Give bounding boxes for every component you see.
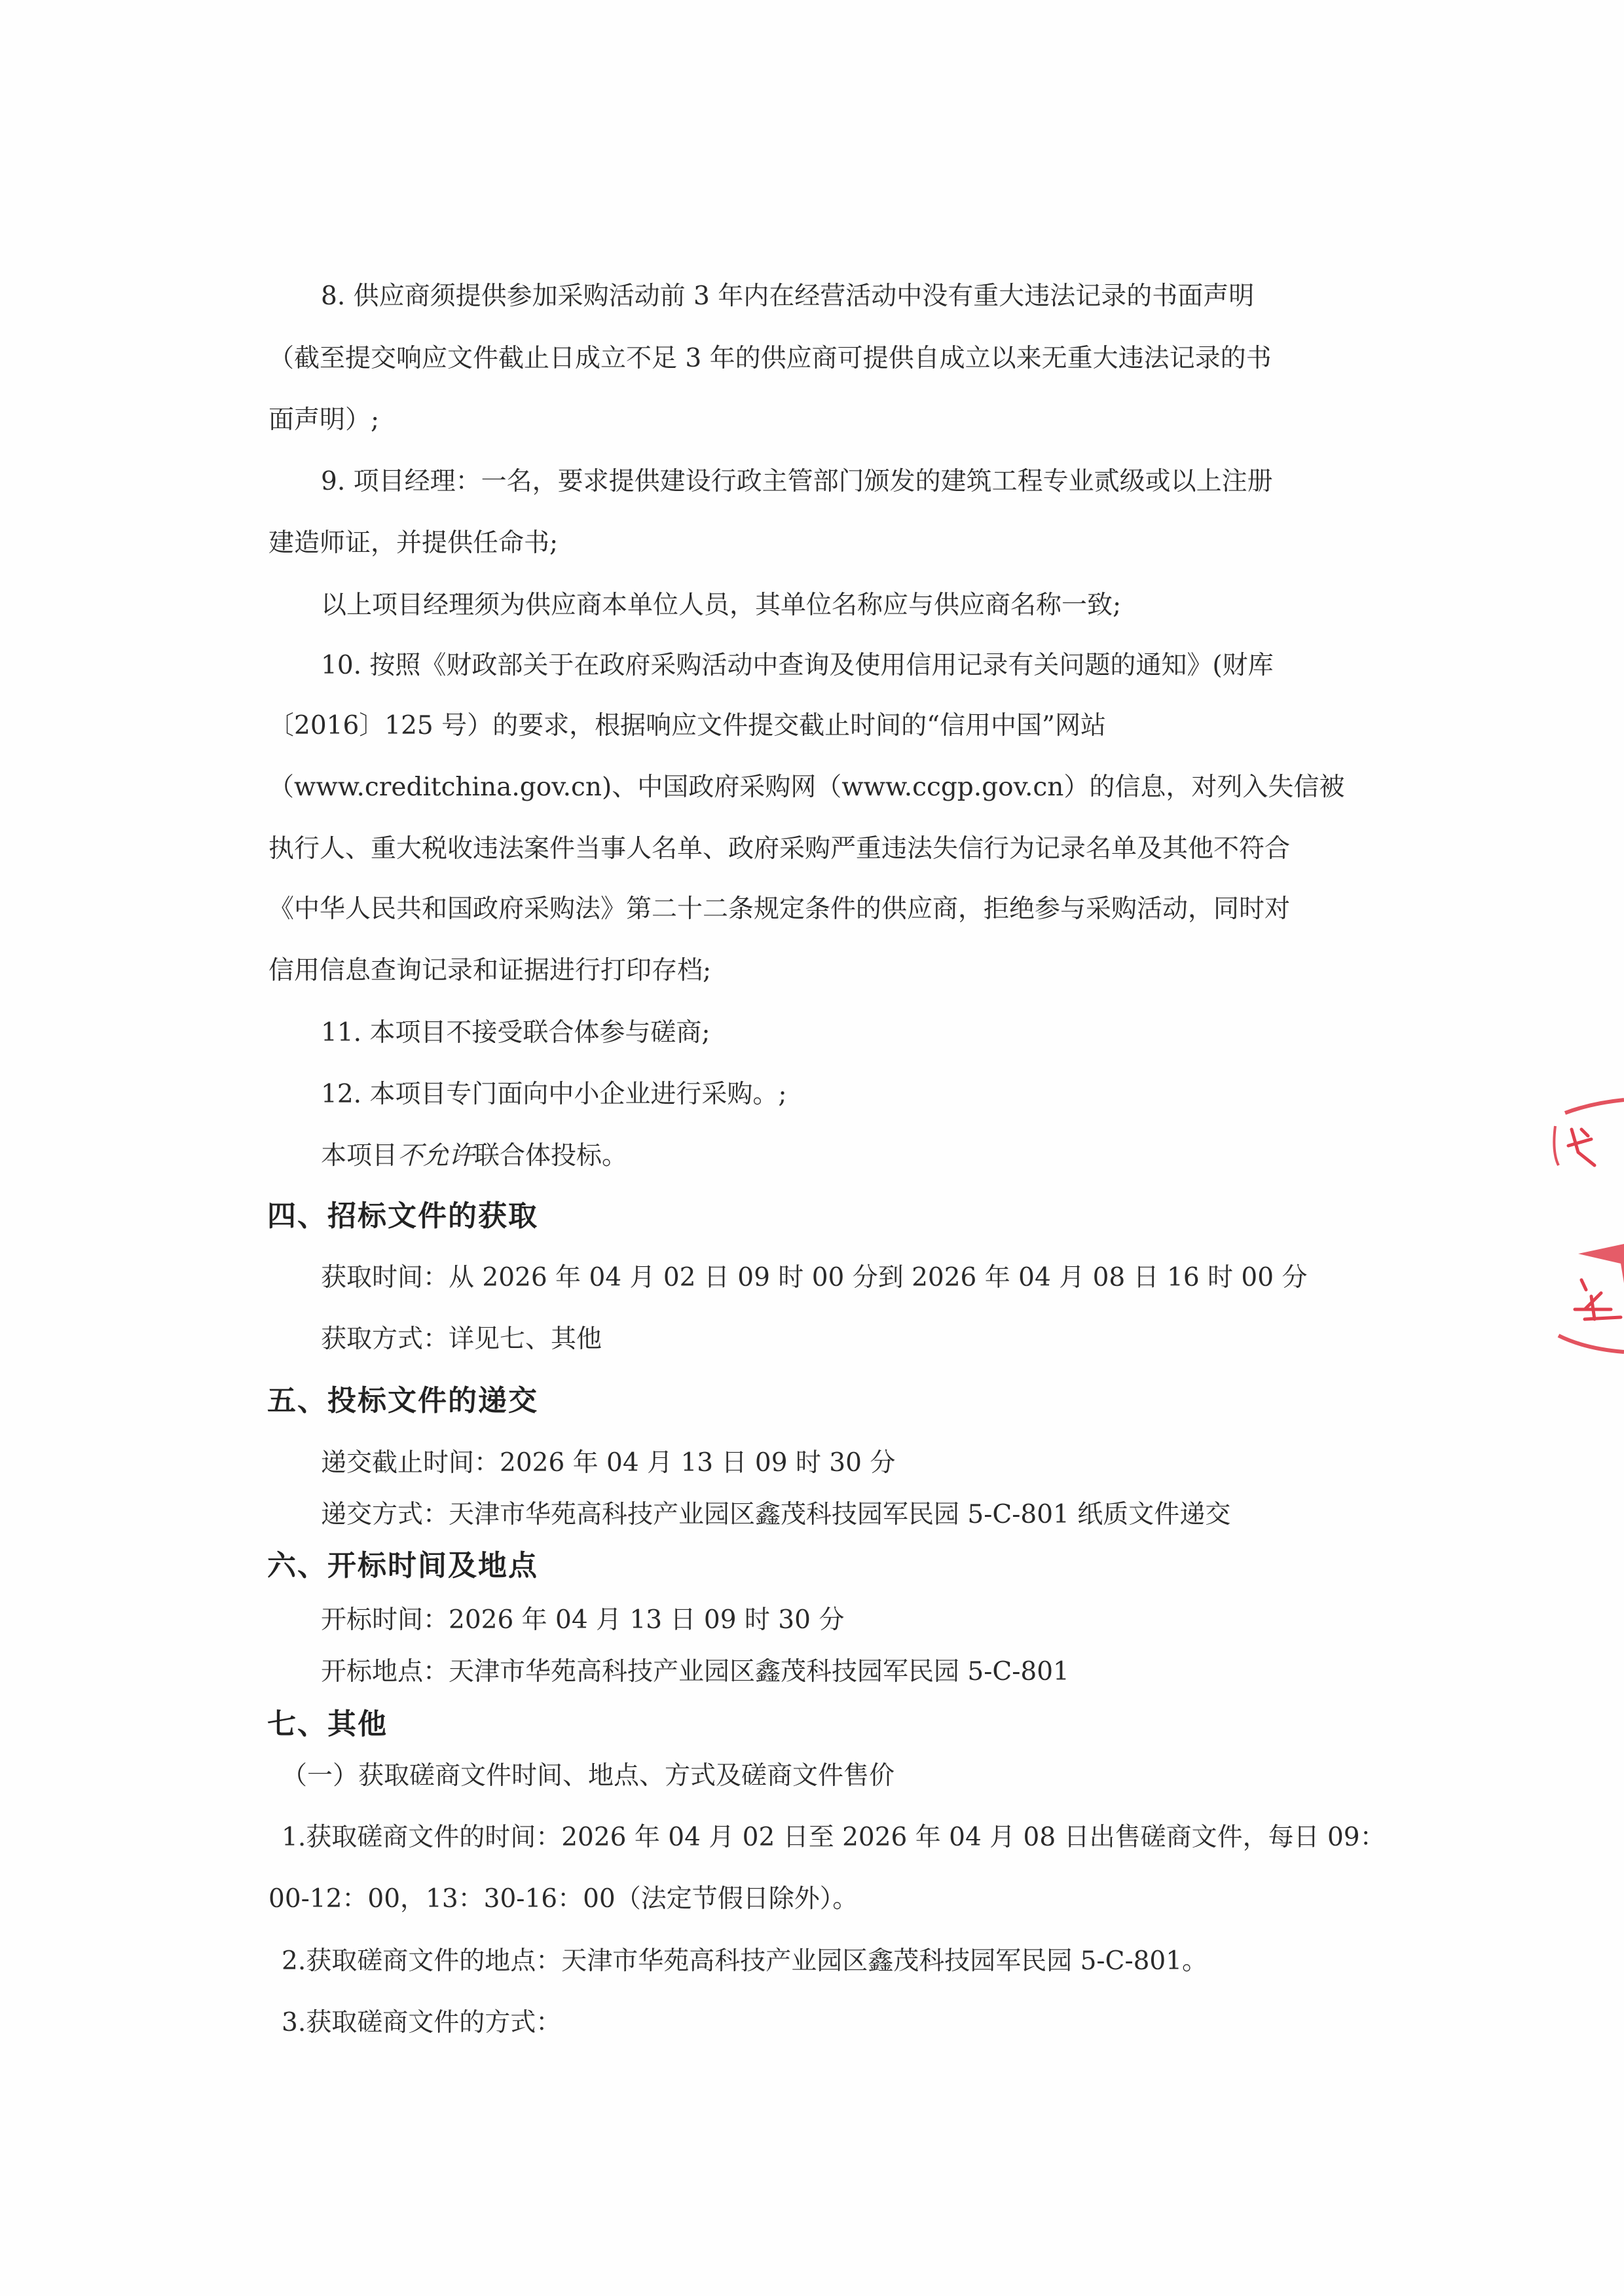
section-4-time: 获取时间：从 2026 年 04 月 02 日 09 时 00 分到 2026 … — [321, 1262, 1307, 1294]
item-9-line-3: 以上项目经理须为供应商本单位人员，其单位名称应与供应商名称一致; — [321, 589, 1121, 622]
consortium-statement: 本项目不允许联合体投标。 — [321, 1140, 627, 1173]
item-8-line-1: 8. 供应商须提供参加采购活动前 3 年内在经营活动中没有重大违法记录的书面声明 — [321, 280, 1254, 313]
item-11: 11. 本项目不接受联合体参与磋商; — [321, 1017, 710, 1049]
section-7-p2: 2.获取磋商文件的地点：天津市华苑高科技产业园区鑫茂科技园军民园 5-C-801… — [282, 1945, 1208, 1978]
item-8-line-3: 面声明）; — [268, 404, 379, 437]
official-seal-stamp — [1552, 1074, 1624, 1381]
item-10-line-1: 10. 按照《财政部关于在政府采购活动中查询及使用信用记录有关问题的通知》(财库 — [321, 649, 1274, 682]
item-10-line-2: 〔2016〕125 号）的要求，根据响应文件提交截止时间的“信用中国”网站 — [268, 710, 1106, 742]
section-7-p1-line-2: 00-12：00，13：30-16：00（法定节假日除外）。 — [268, 1883, 858, 1916]
consortium-emphasis: 不允许 — [397, 1141, 474, 1171]
item-10-line-6: 信用信息查询记录和证据进行打印存档; — [268, 955, 711, 987]
seal-ring-bottom — [1559, 1336, 1624, 1352]
seal-char-tian — [1575, 1280, 1621, 1319]
section-7-subheading: （一）获取磋商文件时间、地点、方式及磋商文件售价 — [282, 1760, 895, 1793]
item-12: 12. 本项目专门面向中小企业进行采购。; — [321, 1078, 787, 1111]
item-9-line-1: 9. 项目经理：一名，要求提供建设行政主管部门颁发的建筑工程专业贰级或以上注册 — [321, 465, 1273, 498]
section-7-heading: 七、其他 — [267, 1706, 388, 1743]
item-8-line-2: （截至提交响应文件截止日成立不足 3 年的供应商可提供自成立以来无重大违法记录的… — [268, 342, 1272, 375]
item-10-line-3: （www.creditchina.gov.cn)、中国政府采购网（www.ccg… — [268, 771, 1344, 804]
section-7-p1-line-1: 1.获取磋商文件的时间：2026 年 04 月 02 日至 2026 年 04 … — [282, 1821, 1386, 1854]
document-page: 8. 供应商须提供参加采购活动前 3 年内在经营活动中没有重大违法记录的书面声明… — [0, 0, 1624, 2296]
section-5-deadline: 递交截止时间：2026 年 04 月 13 日 09 时 30 分 — [321, 1447, 895, 1480]
seal-star-icon — [1578, 1208, 1624, 1283]
section-5-method: 递交方式：天津市华苑高科技产业园区鑫茂科技园军民园 5-C-801 纸质文件递交 — [321, 1499, 1230, 1531]
section-4-method: 获取方式：详见七、其他 — [321, 1323, 602, 1356]
seal-ring-top — [1565, 1100, 1624, 1113]
item-10-line-5: 《中华人民共和国政府采购法》第二十二条规定条件的供应商，拒绝参与采购活动，同时对 — [268, 893, 1290, 926]
section-4-heading: 四、招标文件的获取 — [267, 1198, 538, 1235]
item-9-line-2: 建造师证，并提供任命书; — [268, 527, 558, 560]
item-10-line-4: 执行人、重大税收违法案件当事人名单、政府采购严重违法失信行为记录名单及其他不符合 — [268, 833, 1290, 866]
consortium-prefix: 本项目 — [321, 1141, 397, 1171]
section-7-p3: 3.获取磋商文件的方式： — [282, 2007, 561, 2039]
section-6-heading: 六、开标时间及地点 — [267, 1548, 538, 1584]
section-5-heading: 五、投标文件的递交 — [267, 1383, 538, 1419]
section-6-place: 开标地点：天津市华苑高科技产业园区鑫茂科技园军民园 5-C-801 — [321, 1656, 1069, 1688]
section-6-time: 开标时间：2026 年 04 月 13 日 09 时 30 分 — [321, 1604, 844, 1637]
seal-char-min — [1568, 1129, 1595, 1165]
consortium-suffix: 联合体投标。 — [474, 1141, 627, 1171]
